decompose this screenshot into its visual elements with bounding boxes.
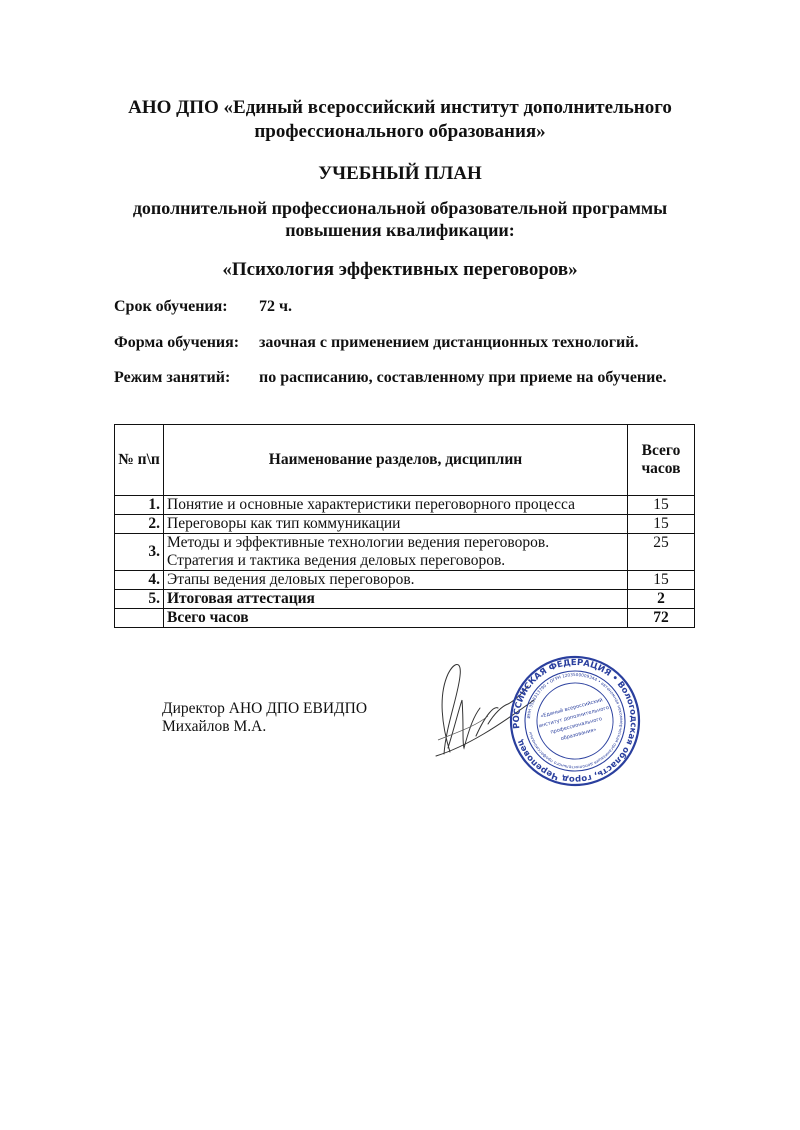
- program-name: «Психология эффективных переговоров»: [0, 259, 800, 281]
- row-name: Методы и эффективные технологии ведения …: [164, 534, 628, 571]
- header-hours-line1: Всего: [631, 442, 691, 460]
- meta-value: 72 ч.: [259, 298, 292, 316]
- table-row: 4. Этапы ведения деловых переговоров. 15: [115, 571, 695, 590]
- table-row: 2. Переговоры как тип коммуникации 15: [115, 515, 695, 534]
- document-subtitle: дополнительной профессиональной образова…: [0, 197, 800, 241]
- row-num: 3.: [115, 534, 164, 571]
- table-row: 5. Итоговая аттестация 2: [115, 590, 695, 609]
- header-hours-line2: часов: [631, 460, 691, 478]
- meta-label: Форма обучения:: [114, 334, 239, 352]
- signatory-block: Директор АНО ДПО ЕВИДПО Михайлов М.А.: [162, 700, 367, 736]
- total-hours: 72: [628, 609, 695, 628]
- header-name: Наименование разделов, дисциплин: [164, 425, 628, 496]
- document-title: УЧЕБНЫЙ ПЛАН: [0, 163, 800, 185]
- curriculum-table: № п\п Наименование разделов, дисциплин В…: [114, 424, 695, 628]
- row-num: 5.: [115, 590, 164, 609]
- header-hours: Всего часов: [628, 425, 695, 496]
- official-stamp: РОССИЙСКАЯ ФЕДЕРАЦИЯ • Вологодская облас…: [508, 654, 642, 788]
- meta-label: Срок обучения:: [114, 298, 228, 316]
- meta-value: по расписанию, составленному при приеме …: [259, 369, 666, 387]
- row-hours: 25: [628, 534, 695, 571]
- row-name-line1: Методы и эффективные технологии ведения …: [167, 534, 624, 552]
- header-num: № п\п: [115, 425, 164, 496]
- total-label: Всего часов: [164, 609, 628, 628]
- row-num: 1.: [115, 496, 164, 515]
- table-row: 1. Понятие и основные характеристики пер…: [115, 496, 695, 515]
- table-header-row: № п\п Наименование разделов, дисциплин В…: [115, 425, 695, 496]
- organization-name-line2: профессионального образования»: [0, 120, 800, 144]
- subtitle-line2: повышения квалификации:: [0, 219, 800, 241]
- row-num: 2.: [115, 515, 164, 534]
- row-name-line2: Стратегия и тактика ведения деловых пере…: [167, 552, 624, 570]
- organization-name-line1: АНО ДПО «Единый всероссийский институт д…: [0, 96, 800, 120]
- row-name: Переговоры как тип коммуникации: [164, 515, 628, 534]
- row-hours: 15: [628, 515, 695, 534]
- row-name: Итоговая аттестация: [164, 590, 628, 609]
- signatory-position: Директор АНО ДПО ЕВИДПО: [162, 700, 367, 718]
- subtitle-line1: дополнительной профессиональной образова…: [0, 197, 800, 219]
- meta-value: заочная с применением дистанционных техн…: [259, 334, 639, 352]
- row-name: Понятие и основные характеристики перего…: [164, 496, 628, 515]
- total-num: [115, 609, 164, 628]
- table-total-row: Всего часов 72: [115, 609, 695, 628]
- table-row: 3. Методы и эффективные технологии веден…: [115, 534, 695, 571]
- row-hours: 15: [628, 496, 695, 515]
- row-hours: 2: [628, 590, 695, 609]
- row-hours: 15: [628, 571, 695, 590]
- meta-label: Режим занятий:: [114, 369, 230, 387]
- row-num: 4.: [115, 571, 164, 590]
- signatory-name: Михайлов М.А.: [162, 718, 367, 736]
- row-name: Этапы ведения деловых переговоров.: [164, 571, 628, 590]
- organization-name: АНО ДПО «Единый всероссийский институт д…: [0, 96, 800, 144]
